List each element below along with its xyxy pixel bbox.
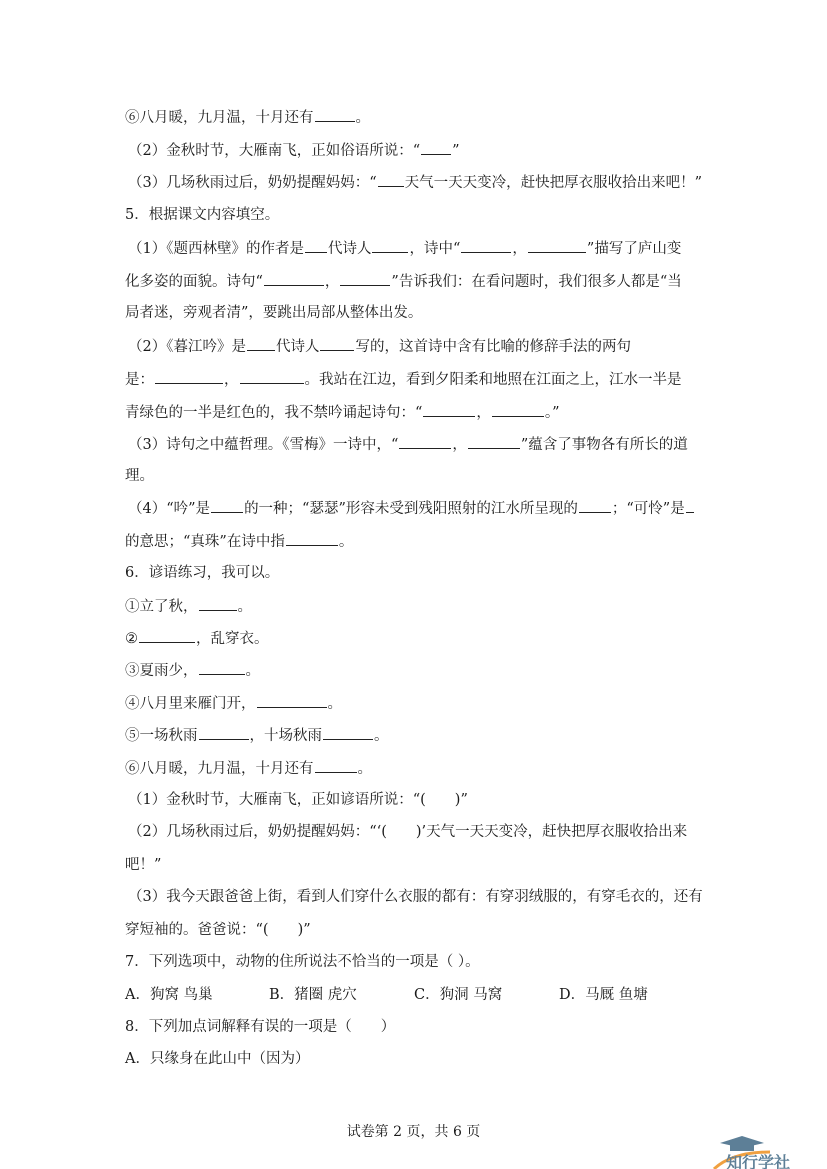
text: 八月里来雁门开， bbox=[140, 696, 256, 712]
q6-sub3-line2: 穿短袖的。爸爸说：“( )” bbox=[125, 920, 311, 940]
text: （4）“吟”是 bbox=[128, 501, 210, 517]
sub-text: （2）金秋时节，大雁南飞，正如俗语所说：“ bbox=[128, 143, 420, 159]
answer-blank[interactable] bbox=[423, 402, 475, 417]
text: ，诗中“ bbox=[409, 241, 460, 257]
text: ， bbox=[224, 372, 239, 388]
answer-blank[interactable] bbox=[247, 336, 275, 351]
q6-sub1: （1）金秋时节，大雁南飞，正如谚语所说：“( )” bbox=[128, 790, 468, 810]
sub-end: ” bbox=[452, 143, 459, 159]
text: 立了秋， bbox=[140, 599, 198, 615]
q8-option-a[interactable]: A．只缘身在此山中（因为） bbox=[125, 1049, 309, 1069]
q4-sub2: （2）金秋时节，大雁南飞，正如俗语所说：“” bbox=[128, 140, 460, 161]
answer-blank[interactable] bbox=[199, 725, 249, 740]
text: ”告诉我们：在看问题时，我们很多人都是“当 bbox=[391, 274, 681, 290]
q5-p3-line2: 理。 bbox=[125, 466, 154, 486]
q7-title: 7．下列选项中，动物的住所说法不恰当的一项是（ ）。 bbox=[125, 952, 480, 972]
text: ， bbox=[325, 274, 340, 290]
answer-blank[interactable] bbox=[315, 107, 355, 122]
item-end: 。 bbox=[356, 110, 371, 126]
item-marker: ⑤ bbox=[125, 728, 140, 744]
text: ”蕴含了事物各有所长的道 bbox=[521, 437, 688, 453]
text: 。 bbox=[358, 761, 373, 777]
text: ， bbox=[512, 241, 527, 257]
graduation-cap-icon: 知行学社 bbox=[712, 1130, 827, 1169]
text: 化多姿的面貌。诗句“ bbox=[125, 274, 263, 290]
text: 。 bbox=[246, 663, 261, 679]
q7-options: A．狗窝 鸟巢B．猪圈 虎穴C．狗洞 马窝D．马厩 鱼塘 bbox=[125, 985, 648, 1005]
q6-sub2-line2: 吧！” bbox=[125, 855, 161, 875]
q7-option-a[interactable]: A．狗窝 鸟巢 bbox=[125, 985, 269, 1005]
q4-sub3: （3）几场秋雨过后，奶奶提醒妈妈：“天气一天天变冷，赶快把厚衣服收拾出来吧！” bbox=[128, 172, 702, 193]
item-marker: ⑥ bbox=[125, 110, 140, 126]
text: 青绿色的一半是红色的，我不禁吟诵起诗句：“ bbox=[125, 405, 422, 421]
text: 代诗人 bbox=[276, 339, 320, 355]
answer-blank[interactable] bbox=[286, 531, 338, 546]
answer-blank[interactable] bbox=[579, 498, 611, 513]
item-marker: ⑥ bbox=[125, 761, 140, 777]
text: 代诗人 bbox=[328, 241, 372, 257]
q6-item-1: ①立了秋，。 bbox=[125, 596, 252, 617]
q7-option-d[interactable]: D．马厩 鱼塘 bbox=[559, 985, 648, 1005]
q6-title: 6．谚语练习，我可以。 bbox=[125, 563, 279, 583]
text: （3）诗句之中蕴哲理。《雪梅》一诗中，“ bbox=[128, 437, 398, 453]
answer-blank[interactable] bbox=[378, 172, 404, 187]
q7-option-c[interactable]: C．狗洞 马窝 bbox=[414, 985, 559, 1005]
text: （1）《题西林壁》的作者是 bbox=[128, 241, 304, 257]
answer-blank[interactable] bbox=[461, 238, 511, 253]
sub-text: （3）几场秋雨过后，奶奶提醒妈妈：“ bbox=[128, 175, 377, 191]
q5-p1-line1: （1）《题西林壁》的作者是代诗人，诗中“，”描写了庐山变 bbox=[128, 238, 681, 259]
q5-p2-line3: 青绿色的一半是红色的，我不禁吟诵起诗句：“，。” bbox=[125, 402, 560, 423]
answer-blank[interactable] bbox=[492, 402, 544, 417]
text: 的意思；“真珠”在诗中指 bbox=[125, 534, 285, 550]
q5-p2-line2: 是：，。我站在江边，看到夕阳柔和地照在江面之上，江水一半是 bbox=[125, 369, 682, 390]
text: ，乱穿衣。 bbox=[196, 631, 269, 647]
answer-blank[interactable] bbox=[372, 238, 408, 253]
sub-text: 天气一天天变冷，赶快把厚衣服收拾出来吧！” bbox=[405, 175, 702, 191]
q5-title: 5．根据课文内容填空。 bbox=[125, 205, 279, 225]
item-text: 八月暖，九月温，十月还有 bbox=[140, 110, 314, 126]
q6-item-2: ②，乱穿衣。 bbox=[125, 628, 269, 649]
answer-blank[interactable] bbox=[320, 336, 354, 351]
q6-item-5: ⑤一场秋雨，十场秋雨。 bbox=[125, 725, 389, 746]
q6-item-6: ⑥八月暖，九月温，十月还有。 bbox=[125, 758, 372, 779]
watermark-logo: 知行学社 bbox=[712, 1130, 827, 1169]
text: 。我站在江边，看到夕阳柔和地照在江面之上，江水一半是 bbox=[305, 372, 682, 388]
q5-p4-line2: 的意思；“真珠”在诗中指。 bbox=[125, 531, 353, 552]
q7-option-b[interactable]: B．猪圈 虎穴 bbox=[269, 985, 414, 1005]
text: 夏雨少， bbox=[140, 663, 198, 679]
q6-item-3: ③夏雨少，。 bbox=[125, 660, 260, 681]
answer-blank[interactable] bbox=[240, 369, 304, 384]
answer-blank[interactable] bbox=[264, 271, 324, 286]
text: 的一种；“瑟瑟”形容未受到残阳照射的江水所呈现的 bbox=[244, 501, 578, 517]
q6-sub3-line1: （3）我今天跟爸爸上街，看到人们穿什么衣服的都有：有穿羽绒服的，有穿毛衣的，还有 bbox=[128, 887, 703, 907]
q5-p1-line2: 化多姿的面貌。诗句“，”告诉我们：在看问题时，我们很多人都是“当 bbox=[125, 271, 682, 292]
text: 一场秋雨 bbox=[140, 728, 198, 744]
text: ”描写了庐山变 bbox=[587, 241, 681, 257]
answer-blank[interactable] bbox=[257, 693, 327, 708]
answer-blank[interactable] bbox=[155, 369, 223, 384]
text: ， bbox=[476, 405, 491, 421]
q6-sub2-line1: （2）几场秋雨过后，奶奶提醒妈妈：“‘( )’天气一天天变冷，赶快把厚衣服收拾出… bbox=[128, 822, 687, 842]
answer-blank[interactable] bbox=[686, 498, 694, 513]
text: 。 bbox=[328, 696, 343, 712]
text: 。 bbox=[238, 599, 253, 615]
answer-blank[interactable] bbox=[421, 140, 451, 155]
text: ；“可怜”是 bbox=[612, 501, 685, 517]
answer-blank[interactable] bbox=[305, 238, 327, 253]
item-marker: ② bbox=[125, 631, 138, 647]
q5-p3-line1: （3）诗句之中蕴哲理。《雪梅》一诗中，“，”蕴含了事物各有所长的道 bbox=[128, 434, 688, 455]
text: 是： bbox=[125, 372, 154, 388]
item-marker: ④ bbox=[125, 696, 140, 712]
answer-blank[interactable] bbox=[528, 238, 586, 253]
answer-blank[interactable] bbox=[139, 628, 195, 643]
watermark-text: 知行学社 bbox=[726, 1153, 790, 1169]
text: ，十场秋雨 bbox=[250, 728, 323, 744]
q8-title: 8．下列加点词解释有误的一项是（ ） bbox=[125, 1017, 395, 1037]
answer-blank[interactable] bbox=[340, 271, 390, 286]
text: ， bbox=[452, 437, 467, 453]
answer-blank[interactable] bbox=[315, 758, 357, 773]
q5-p2-line1: （2）《暮江吟》是代诗人写的，这首诗中含有比喻的修辞手法的两句 bbox=[128, 336, 631, 357]
answer-blank[interactable] bbox=[199, 596, 237, 611]
answer-blank[interactable] bbox=[211, 498, 243, 513]
text: 。” bbox=[545, 405, 560, 421]
text: 。 bbox=[374, 728, 389, 744]
q5-p1-line3: 局者迷，旁观者清”，要跳出局部从整体出发。 bbox=[125, 303, 422, 323]
answer-blank[interactable] bbox=[199, 660, 245, 675]
text: 。 bbox=[339, 534, 354, 550]
text: 写的，这首诗中含有比喻的修辞手法的两句 bbox=[355, 339, 631, 355]
text: 八月暖，九月温，十月还有 bbox=[140, 761, 314, 777]
q6-item-4: ④八月里来雁门开，。 bbox=[125, 693, 342, 714]
answer-blank[interactable] bbox=[323, 725, 373, 740]
page-footer: 试卷第 2 页，共 6 页 bbox=[0, 1121, 827, 1141]
item-marker: ③ bbox=[125, 663, 140, 679]
q4-item6: ⑥八月暖，九月温，十月还有。 bbox=[125, 107, 370, 128]
answer-blank[interactable] bbox=[468, 434, 520, 449]
q5-p4-line1: （4）“吟”是的一种；“瑟瑟”形容未受到残阳照射的江水所呈现的；“可怜”是 bbox=[128, 498, 695, 519]
answer-blank[interactable] bbox=[399, 434, 451, 449]
text: （2）《暮江吟》是 bbox=[128, 339, 246, 355]
item-marker: ① bbox=[125, 599, 140, 615]
